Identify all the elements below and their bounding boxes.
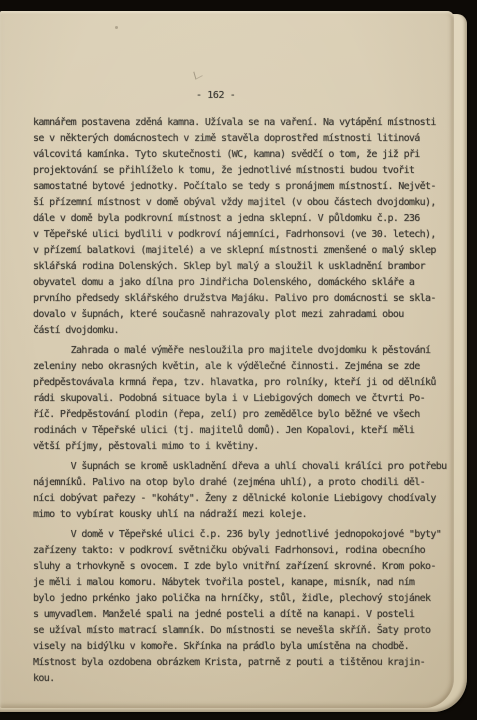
text-line: rádi skupovali. Podobná situace byla i v… bbox=[33, 391, 443, 407]
text-line: V šupnách se kromě uskladnění dřeva a uh… bbox=[33, 459, 443, 475]
text-line: bylo jedno prkénko jako polička na hrníč… bbox=[33, 591, 443, 607]
paper-speck bbox=[193, 68, 202, 80]
text-line: kamnářem postavena zděná kamna. Užívala … bbox=[33, 115, 443, 131]
paragraph: Zahrada o malé výměře nesloužila pro maj… bbox=[33, 343, 443, 455]
scan-background: { "document": { "page_number": "- 162 -"… bbox=[0, 0, 477, 720]
text-line: se užíval místo matrací slamník. Do míst… bbox=[33, 623, 443, 639]
text-line: zeleniny nebo okrasných květin, ale k vý… bbox=[33, 359, 443, 375]
text-line: obyvatel domu a jako dílna pro Jindřicha… bbox=[33, 275, 443, 291]
text-line: zařízeny takto: v podkroví světničku obý… bbox=[33, 543, 443, 559]
text-line: se v některých domácnostech v zimě stavě… bbox=[33, 131, 443, 147]
text-line: visely na bidýlku v komoře. Skřínka na p… bbox=[33, 639, 443, 655]
text-line: samostatné bytové jednotky. Počítalo se … bbox=[33, 179, 443, 195]
text-body: kamnářem postavena zděná kamna. Užívala … bbox=[33, 115, 443, 691]
text-line: válcovitá kamínka. Tyto skutečnosti (WC,… bbox=[33, 147, 443, 163]
paper-speck bbox=[115, 26, 118, 29]
paper-sheet: - 162 - kamnářem postavena zděná kamna. … bbox=[0, 11, 454, 708]
text-line: říč. Předpěstování plodin (řepa, zelí) p… bbox=[33, 407, 443, 423]
text-line: sklářská rodina Dolenských. Sklep byl ma… bbox=[33, 259, 443, 275]
text-line: v přízemí balatkovi (majitelé) a ve skle… bbox=[33, 243, 443, 259]
text-line: kou. bbox=[33, 671, 443, 687]
text-line: v Těpeřské ulici bydlili v podkroví náje… bbox=[33, 227, 443, 243]
text-line: V domě v Těpeřské ulici č.p. 236 byly je… bbox=[33, 527, 443, 543]
text-line: větší příjmy, pěstovali mimo to i květin… bbox=[33, 439, 443, 455]
text-line: projektování se přihlíželo k tomu, že je… bbox=[33, 163, 443, 179]
text-line: je měli i malou komoru. Nábytek tvořila … bbox=[33, 575, 443, 591]
text-line: Zahrada o malé výměře nesloužila pro maj… bbox=[33, 343, 443, 359]
text-line: dovalo v šupnách, které současně nahrazo… bbox=[33, 307, 443, 323]
paragraph: V šupnách se kromě uskladnění dřeva a uh… bbox=[33, 459, 443, 523]
text-line: prvního předsedy sklářského družstva Maj… bbox=[33, 291, 443, 307]
text-line: s umyvadlem. Manželé spali na jedné post… bbox=[33, 607, 443, 623]
text-line: ší přízemní místnost v domě obýval vždy … bbox=[33, 195, 443, 211]
text-line: mimo to vybírat kousky uhlí na nádraží m… bbox=[33, 507, 443, 523]
page-number: - 162 - bbox=[196, 90, 235, 101]
text-line: předpěstovávala krmná řepa, tzv. hlavatk… bbox=[33, 375, 443, 391]
paragraph: V domě v Těpeřské ulici č.p. 236 byly je… bbox=[33, 527, 443, 687]
text-line: sluhy a trhovkyně s ovocem. I zde bylo v… bbox=[33, 559, 443, 575]
text-line: nájemníků. Palivo na otop bylo drahé (ze… bbox=[33, 475, 443, 491]
paragraph: kamnářem postavena zděná kamna. Užívala … bbox=[33, 115, 443, 339]
text-line: rodinách v Těpeřské ulici (tj. majitelů … bbox=[33, 423, 443, 439]
text-line: částí dvojdomku. bbox=[33, 323, 443, 339]
text-line: dále v domě byla podkrovní místnost a je… bbox=[33, 211, 443, 227]
text-line: níci dobývat pařezy - "koháty". Ženy z d… bbox=[33, 491, 443, 507]
text-line: Místnost byla ozdobena obrázkem Krista, … bbox=[33, 655, 443, 671]
